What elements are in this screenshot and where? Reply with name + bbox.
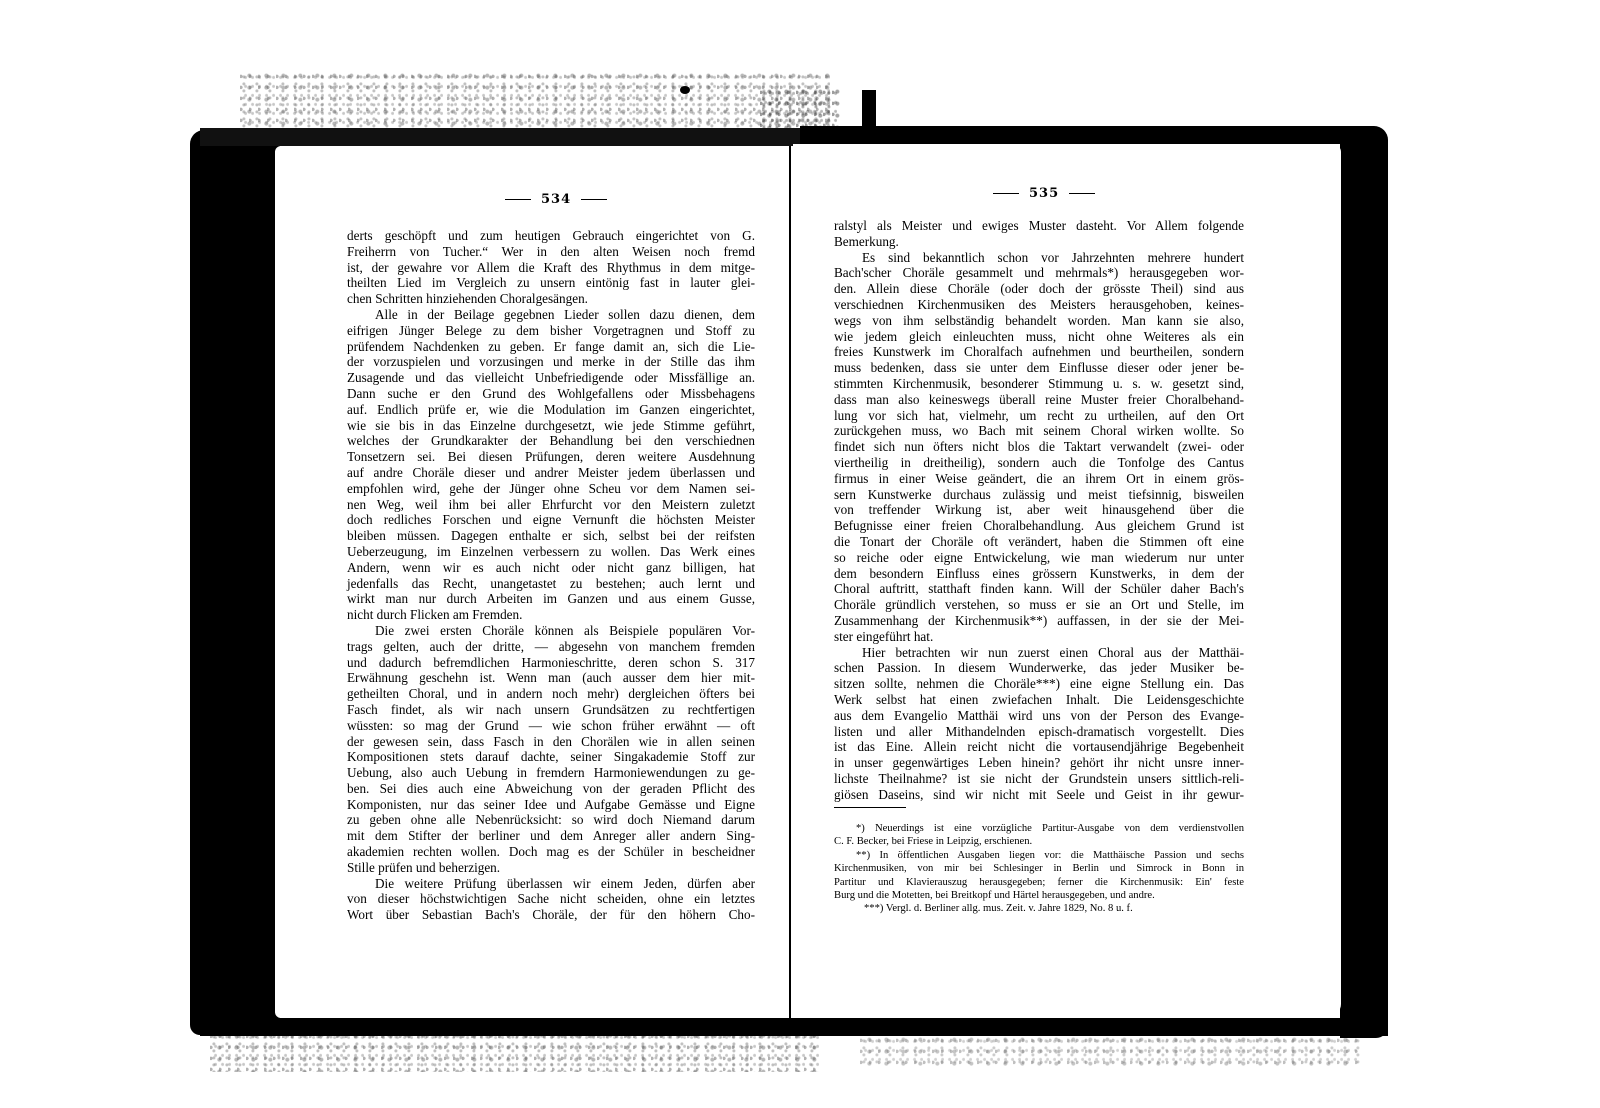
text-line: muss bedenken, dass sie unter dem Einflu… bbox=[834, 360, 1244, 376]
text-line: theilten Lied im Vergleich zu unsern ein… bbox=[347, 275, 755, 291]
text-line: Kompositionen stets darauf dachte, seine… bbox=[347, 749, 755, 765]
left-page-body: derts geschöpft und zum heutigen Gebrauc… bbox=[347, 228, 755, 923]
text-line: getheilten Choral, und in andern noch me… bbox=[347, 686, 755, 702]
text-line: Werk selbst hat einen zwiefachen Inhalt.… bbox=[834, 692, 1244, 708]
text-line: ist das Eine. Allein reicht nicht die vo… bbox=[834, 739, 1244, 755]
text-line: der vorzuspielen und vorzusingen und mer… bbox=[347, 354, 755, 370]
folio-dash bbox=[505, 199, 531, 200]
text-line: Dann suche er den Grund des Wohlgefallen… bbox=[347, 386, 755, 402]
page-number-left: 534 bbox=[495, 192, 617, 207]
text-line: dem besondern Einfluss eines grössern Ku… bbox=[834, 566, 1244, 582]
text-line: von treffender Wirkung ist, aber weit hi… bbox=[834, 502, 1244, 518]
text-line: Zusagende und das vielleicht Unbefriedig… bbox=[347, 370, 755, 386]
text-line: prüfendem Nachdenken zu geben. Er fange … bbox=[347, 339, 755, 355]
text-line: Choräle gründlich verstehen, so muss er … bbox=[834, 597, 1244, 613]
text-line: ralstyl als Meister und ewiges Muster da… bbox=[834, 218, 1244, 234]
text-line: wüssten: so mag der Grund — wie schon fr… bbox=[347, 718, 755, 734]
text-line: sern Kunstwerke durchaus zulässig und me… bbox=[834, 487, 1244, 503]
text-line: Es sind bekanntlich schon vor Jahrzehnte… bbox=[834, 250, 1244, 266]
text-line: viertheilig in dreitheilig), sondern auc… bbox=[834, 455, 1244, 471]
page-number-value: 535 bbox=[1029, 186, 1059, 201]
page-number-right: 535 bbox=[983, 186, 1105, 201]
text-line: dass man also keineswegs überall reine M… bbox=[834, 392, 1244, 408]
text-line: Hier betrachten wir nun zuerst einen Cho… bbox=[834, 645, 1244, 661]
text-line: Die zwei ersten Choräle können als Beisp… bbox=[347, 623, 755, 639]
book-edge-left bbox=[190, 130, 280, 1035]
text-line: in unser gegenwärtiges Leben hinein? geh… bbox=[834, 755, 1244, 771]
text-line: Fasch findet, als wir nach unsern Grunds… bbox=[347, 702, 755, 718]
folio-dash bbox=[581, 199, 607, 200]
text-line: findet sich nun öfters nicht blos die Ta… bbox=[834, 439, 1244, 455]
text-line: Komponisten, nur das seiner Idee und Auf… bbox=[347, 797, 755, 813]
text-line: Ueberzeugung, im Einzelnen verbessern zu… bbox=[347, 544, 755, 560]
scan-noise bbox=[210, 1032, 820, 1072]
footnote-line: Kirchenmusiken, von mir bei Schlesinger … bbox=[834, 862, 1244, 875]
text-line: Stille prüfen und beherzigen. bbox=[347, 860, 755, 876]
text-line: die Tonart der Choräle oft verändert, ha… bbox=[834, 534, 1244, 550]
text-line: giösen Daseins, sind wir nicht mit Seele… bbox=[834, 787, 1244, 803]
folio-dash bbox=[993, 193, 1019, 194]
text-line: jedenfalls das Recht, unangetastet zu be… bbox=[347, 576, 755, 592]
text-line: so reiche oder eigne Entwickelung, wie m… bbox=[834, 550, 1244, 566]
text-line: den. Allein diese Choräle (oder doch der… bbox=[834, 281, 1244, 297]
text-line: eifrigen Jünger Belege zu dem bisher Vor… bbox=[347, 323, 755, 339]
spine-mark bbox=[862, 90, 876, 132]
text-line: ben. Sei dies auch eine Abweichung von d… bbox=[347, 781, 755, 797]
text-line: freies Kunstwerk im Choralfach aufnehmen… bbox=[834, 344, 1244, 360]
text-line: verschiednen Kirchenmusiken des Meisters… bbox=[834, 297, 1244, 313]
text-line: sitzen sollte, nehmen die Choräle***) ei… bbox=[834, 676, 1244, 692]
text-line: Erwähnung geschehn ist. Wenn man (auch a… bbox=[347, 670, 755, 686]
text-line: auf andre Choräle dieser und andrer Meis… bbox=[347, 465, 755, 481]
footnote-line: C. F. Becker, bei Friese in Leipzig, ers… bbox=[834, 835, 1244, 848]
text-line: zu geben ohne alle Nebenrücksicht: so wi… bbox=[347, 812, 755, 828]
text-line: ist, der gewahre vor Allem die Kraft des… bbox=[347, 260, 755, 276]
text-line: doch redliches Forschen und eigne Vernun… bbox=[347, 512, 755, 528]
text-line: lichste Theilnahme? ist sie nicht der Gr… bbox=[834, 771, 1244, 787]
text-line: welches der Grundkarakter der Behandlung… bbox=[347, 433, 755, 449]
text-line: wie sie bis in das Einzelne durchgesetzt… bbox=[347, 418, 755, 434]
text-line: chen Schritten hinziehenden Choralgesäng… bbox=[347, 291, 755, 307]
text-line: wegs von ihm selbständig behandelt worde… bbox=[834, 313, 1244, 329]
text-line: Uebung, also auch Uebung in fremdern Har… bbox=[347, 765, 755, 781]
text-line: nicht durch Flicken am Fremden. bbox=[347, 607, 755, 623]
text-line: zurückgehen muss, wo Bach mit seinem Cho… bbox=[834, 423, 1244, 439]
text-line: Zusammenhang der Kirchenmusik**) auffass… bbox=[834, 613, 1244, 629]
text-line: bleiben müssen. Dagegen enthalte er sich… bbox=[347, 528, 755, 544]
text-line: mit dem Stifter der berliner und dem Anr… bbox=[347, 828, 755, 844]
text-line: firmus in einer Weise geändert, die an i… bbox=[834, 471, 1244, 487]
text-line: wirkt man nur durch Arbeiten im Ganzen u… bbox=[347, 591, 755, 607]
text-line: schen Passion. In diesem Wunderwerke, da… bbox=[834, 660, 1244, 676]
scan-noise bbox=[240, 72, 830, 134]
book-edge-top bbox=[200, 128, 800, 146]
footnote-line: Burg und die Motetten, bei Breitkopf und… bbox=[834, 889, 1244, 902]
footnote-line: *) Neuerdings ist eine vorzügliche Parti… bbox=[834, 822, 1244, 835]
footnote-line: ***) Vergl. d. Berliner allg. mus. Zeit.… bbox=[834, 902, 1244, 915]
text-line: listen und aller Mithandelnden episch-dr… bbox=[834, 724, 1244, 740]
page-number-value: 534 bbox=[541, 192, 571, 207]
text-line: Freiherrn von Tucher.“ Wer in den alten … bbox=[347, 244, 755, 260]
text-line: Bemerkung. bbox=[834, 234, 1244, 250]
scan-noise bbox=[860, 1036, 1360, 1066]
text-line: lung vor sich hat, vielmehr, um recht zu… bbox=[834, 408, 1244, 424]
footnote-line: **) In öffentlichen Ausgaben liegen vor:… bbox=[834, 849, 1244, 862]
folio-dash bbox=[1069, 193, 1095, 194]
text-line: und dadurch befremdlichen Harmonieschrit… bbox=[347, 655, 755, 671]
text-line: akademien rechten wollen. Doch mag es de… bbox=[347, 844, 755, 860]
text-line: Wort über Sebastian Bach's Choräle, der … bbox=[347, 907, 755, 923]
text-line: Choral auftritt, statthaft finden kann. … bbox=[834, 581, 1244, 597]
footnote-line: Partitur und Klavierauszug herausgegeben… bbox=[834, 876, 1244, 889]
book-edge-bottom bbox=[200, 1018, 1388, 1036]
footnotes: *) Neuerdings ist eine vorzügliche Parti… bbox=[834, 822, 1244, 916]
book-gutter bbox=[789, 146, 791, 1021]
right-page-body: ralstyl als Meister und ewiges Muster da… bbox=[834, 218, 1244, 802]
text-line: wie jedem gleich einleuchten muss, nicht… bbox=[834, 329, 1244, 345]
text-line: Tonsetzern sei. Bei diesen Prüfungen, de… bbox=[347, 449, 755, 465]
text-line: Die weitere Prüfung überlassen wir einem… bbox=[347, 876, 755, 892]
footnote-rule bbox=[834, 807, 906, 808]
text-line: stimmten Kirchenmusik, besonderer Stimmu… bbox=[834, 376, 1244, 392]
book-edge-top bbox=[800, 126, 1355, 144]
book-scan: 534 535 derts geschöpft und zum heutigen… bbox=[0, 0, 1600, 1108]
text-line: trags gelten, auch der dritte, — abgeseh… bbox=[347, 639, 755, 655]
book-edge-right bbox=[1340, 126, 1388, 1038]
text-line: Alle in der Beilage gegebnen Lieder soll… bbox=[347, 307, 755, 323]
text-line: von dieser höchstwichtigen Sache nicht s… bbox=[347, 891, 755, 907]
text-line: derts geschöpft und zum heutigen Gebrauc… bbox=[347, 228, 755, 244]
text-line: aus dem Evangelio Matthäi wird uns von d… bbox=[834, 708, 1244, 724]
text-line: ster eingeführt hat. bbox=[834, 629, 1244, 645]
text-line: Andern, wenn wir es auch nicht oder nich… bbox=[347, 560, 755, 576]
ink-blot bbox=[680, 86, 690, 94]
text-line: nen Weg, weil ihm bei aller Ehrfurcht vo… bbox=[347, 497, 755, 513]
text-line: auf. Endlich prüfe er, wie die Modulatio… bbox=[347, 402, 755, 418]
text-line: der gewesen sein, dass Fasch in den Chor… bbox=[347, 734, 755, 750]
text-line: empfohlen wird, gehe der Jünger ohne Sch… bbox=[347, 481, 755, 497]
text-line: Bach'scher Choräle gesammelt und mehrmal… bbox=[834, 265, 1244, 281]
text-line: Befugnisse einer freien Choralbehandlung… bbox=[834, 518, 1244, 534]
